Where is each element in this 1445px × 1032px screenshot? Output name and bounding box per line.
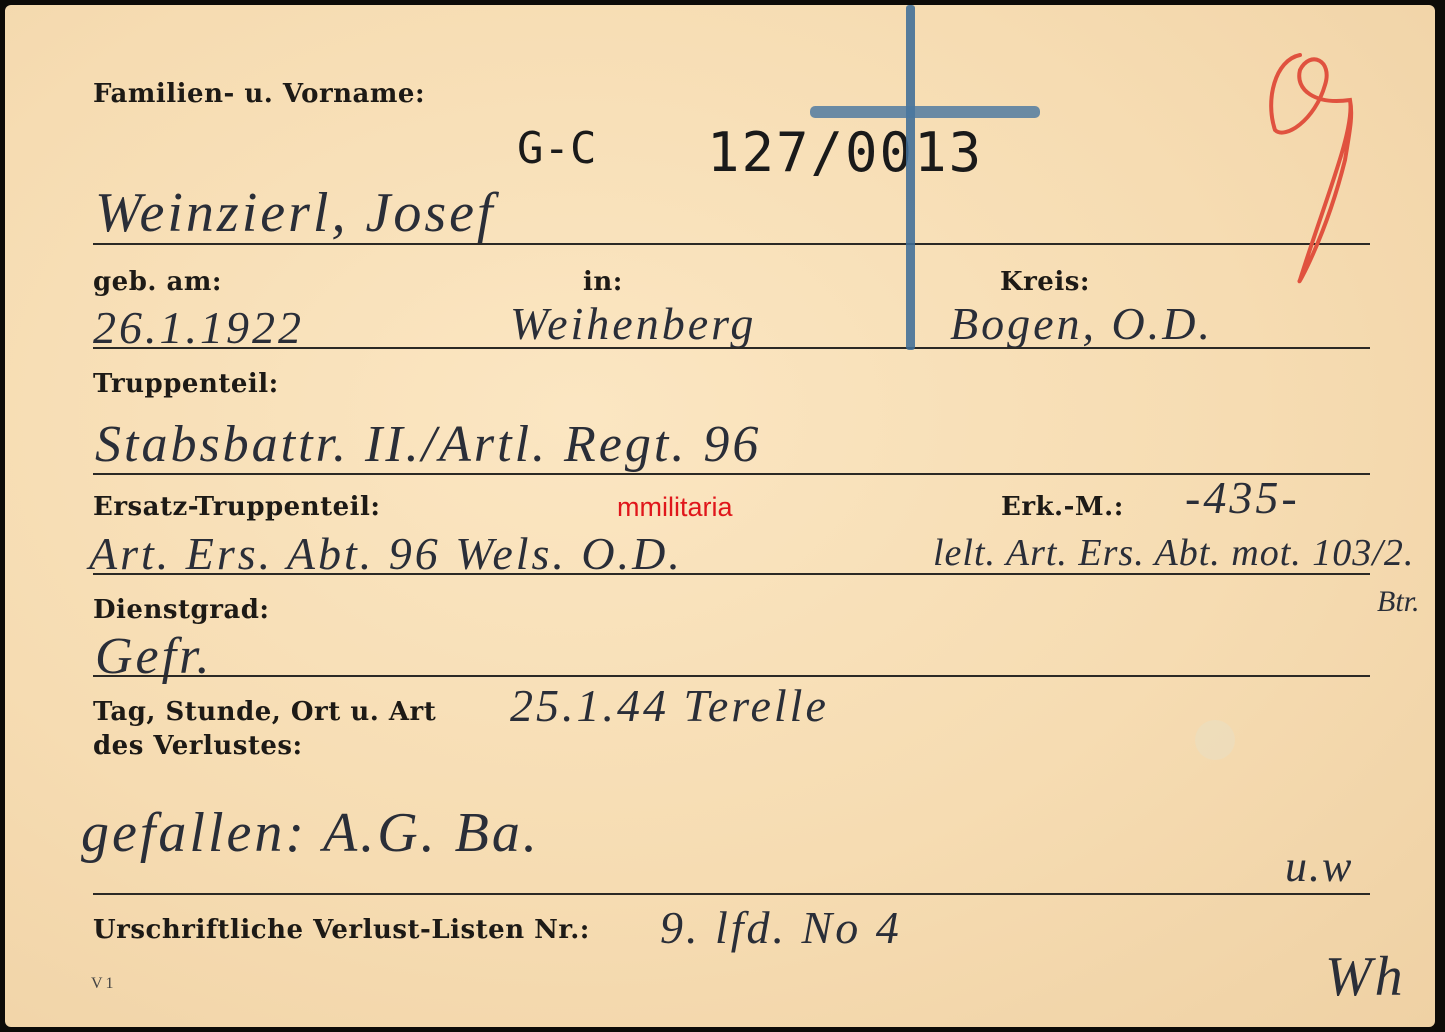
id-tag-unit-suffix: Btr. — [1377, 585, 1420, 619]
loss-label-line2: des Verlustes: — [93, 731, 303, 761]
birth-place-label: in: — [583, 267, 623, 297]
loss-label-line1: Tag, Stunde, Ort u. Art — [93, 697, 436, 727]
id-tag-value: -435- — [1185, 471, 1300, 524]
name-label: Familien- u. Vorname: — [93, 79, 425, 109]
initials-value: u.w — [1285, 841, 1353, 892]
id-tag-unit-value: lelt. Art. Ers. Abt. mot. 103/2. — [933, 531, 1414, 575]
district-value: Bogen, O.D. — [950, 297, 1213, 350]
replacement-unit-rule — [93, 573, 1370, 575]
signature-value: Wh — [1325, 945, 1406, 1009]
loss-list-label: Urschriftliche Verlust-Listen Nr.: — [93, 915, 590, 945]
casualty-index-card: Familien- u. Vorname: G-C 127/0013 Weinz… — [5, 5, 1435, 1027]
blue-cross-vertical-mark — [906, 5, 915, 350]
form-code: V1 — [91, 975, 117, 993]
blue-cross-horizontal-mark — [810, 106, 1040, 118]
rank-label: Dienstgrad: — [93, 595, 270, 625]
rank-value: Gefr. — [95, 627, 213, 686]
unit-rule — [93, 473, 1370, 475]
district-label: Kreis: — [1000, 267, 1090, 297]
name-rule — [93, 243, 1370, 245]
birth-place-value: Weihenberg — [510, 297, 756, 350]
file-number-prefix: G-C — [517, 123, 596, 174]
replacement-unit-label: Ersatz-Truppenteil: — [93, 492, 381, 522]
id-tag-label: Erk.-M.: — [1001, 492, 1124, 522]
birth-date-label: geb. am: — [93, 267, 222, 297]
birth-rule — [93, 347, 1370, 349]
rank-rule — [93, 675, 1370, 677]
loss-date-place-value: 25.1.44 Terelle — [510, 679, 829, 732]
unit-label: Truppenteil: — [93, 369, 279, 399]
loss-rule — [93, 893, 1370, 895]
red-pencil-g-mark — [1255, 40, 1375, 310]
loss-list-value: 9. lfd. No 4 — [660, 901, 902, 954]
file-number: 127/0013 — [707, 121, 983, 184]
watermark: mmilitaria — [617, 492, 733, 523]
loss-type-value: gefallen: A.G. Ba. — [81, 801, 540, 865]
name-value: Weinzierl, Josef — [95, 181, 496, 245]
unit-value: Stabsbattr. II./Artl. Regt. 96 — [95, 415, 761, 474]
paper-stain — [1195, 720, 1235, 760]
